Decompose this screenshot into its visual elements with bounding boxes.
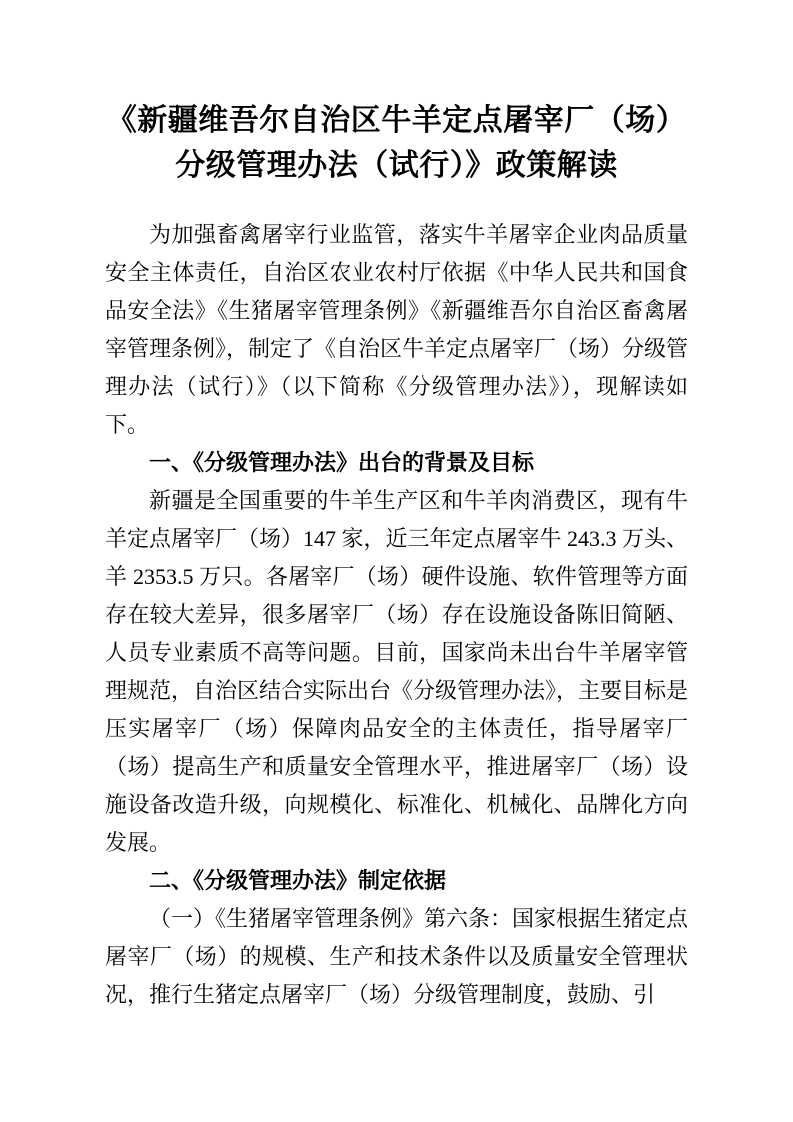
document-page: 《新疆维吾尔自治区牛羊定点屠宰厂（场） 分级管理办法（试行）》政策解读 为加强畜… [0, 0, 793, 1122]
section-heading: 二、《分级管理办法》制定依据 [105, 862, 688, 900]
section-heading: 一、《分级管理办法》出台的背景及目标 [105, 444, 688, 482]
body-paragraph: 为加强畜禽屠宰行业监管，落实牛羊屠宰企业肉品质量安全主体责任，自治区农业农村厅依… [105, 216, 688, 444]
body-paragraph: 新疆是全国重要的牛羊生产区和牛羊肉消费区，现有牛羊定点屠宰厂（场）147 家，近… [105, 482, 688, 862]
document-title-line1: 《新疆维吾尔自治区牛羊定点屠宰厂（场） [105, 98, 688, 143]
document-title: 《新疆维吾尔自治区牛羊定点屠宰厂（场） 分级管理办法（试行）》政策解读 [105, 98, 688, 188]
document-title-line2: 分级管理办法（试行）》政策解读 [105, 143, 688, 188]
document-body: 为加强畜禽屠宰行业监管，落实牛羊屠宰企业肉品质量安全主体责任，自治区农业农村厅依… [105, 216, 688, 1014]
body-paragraph: （一）《生猪屠宰管理条例》第六条：国家根据生猪定点屠宰厂（场）的规模、生产和技术… [105, 900, 688, 1014]
